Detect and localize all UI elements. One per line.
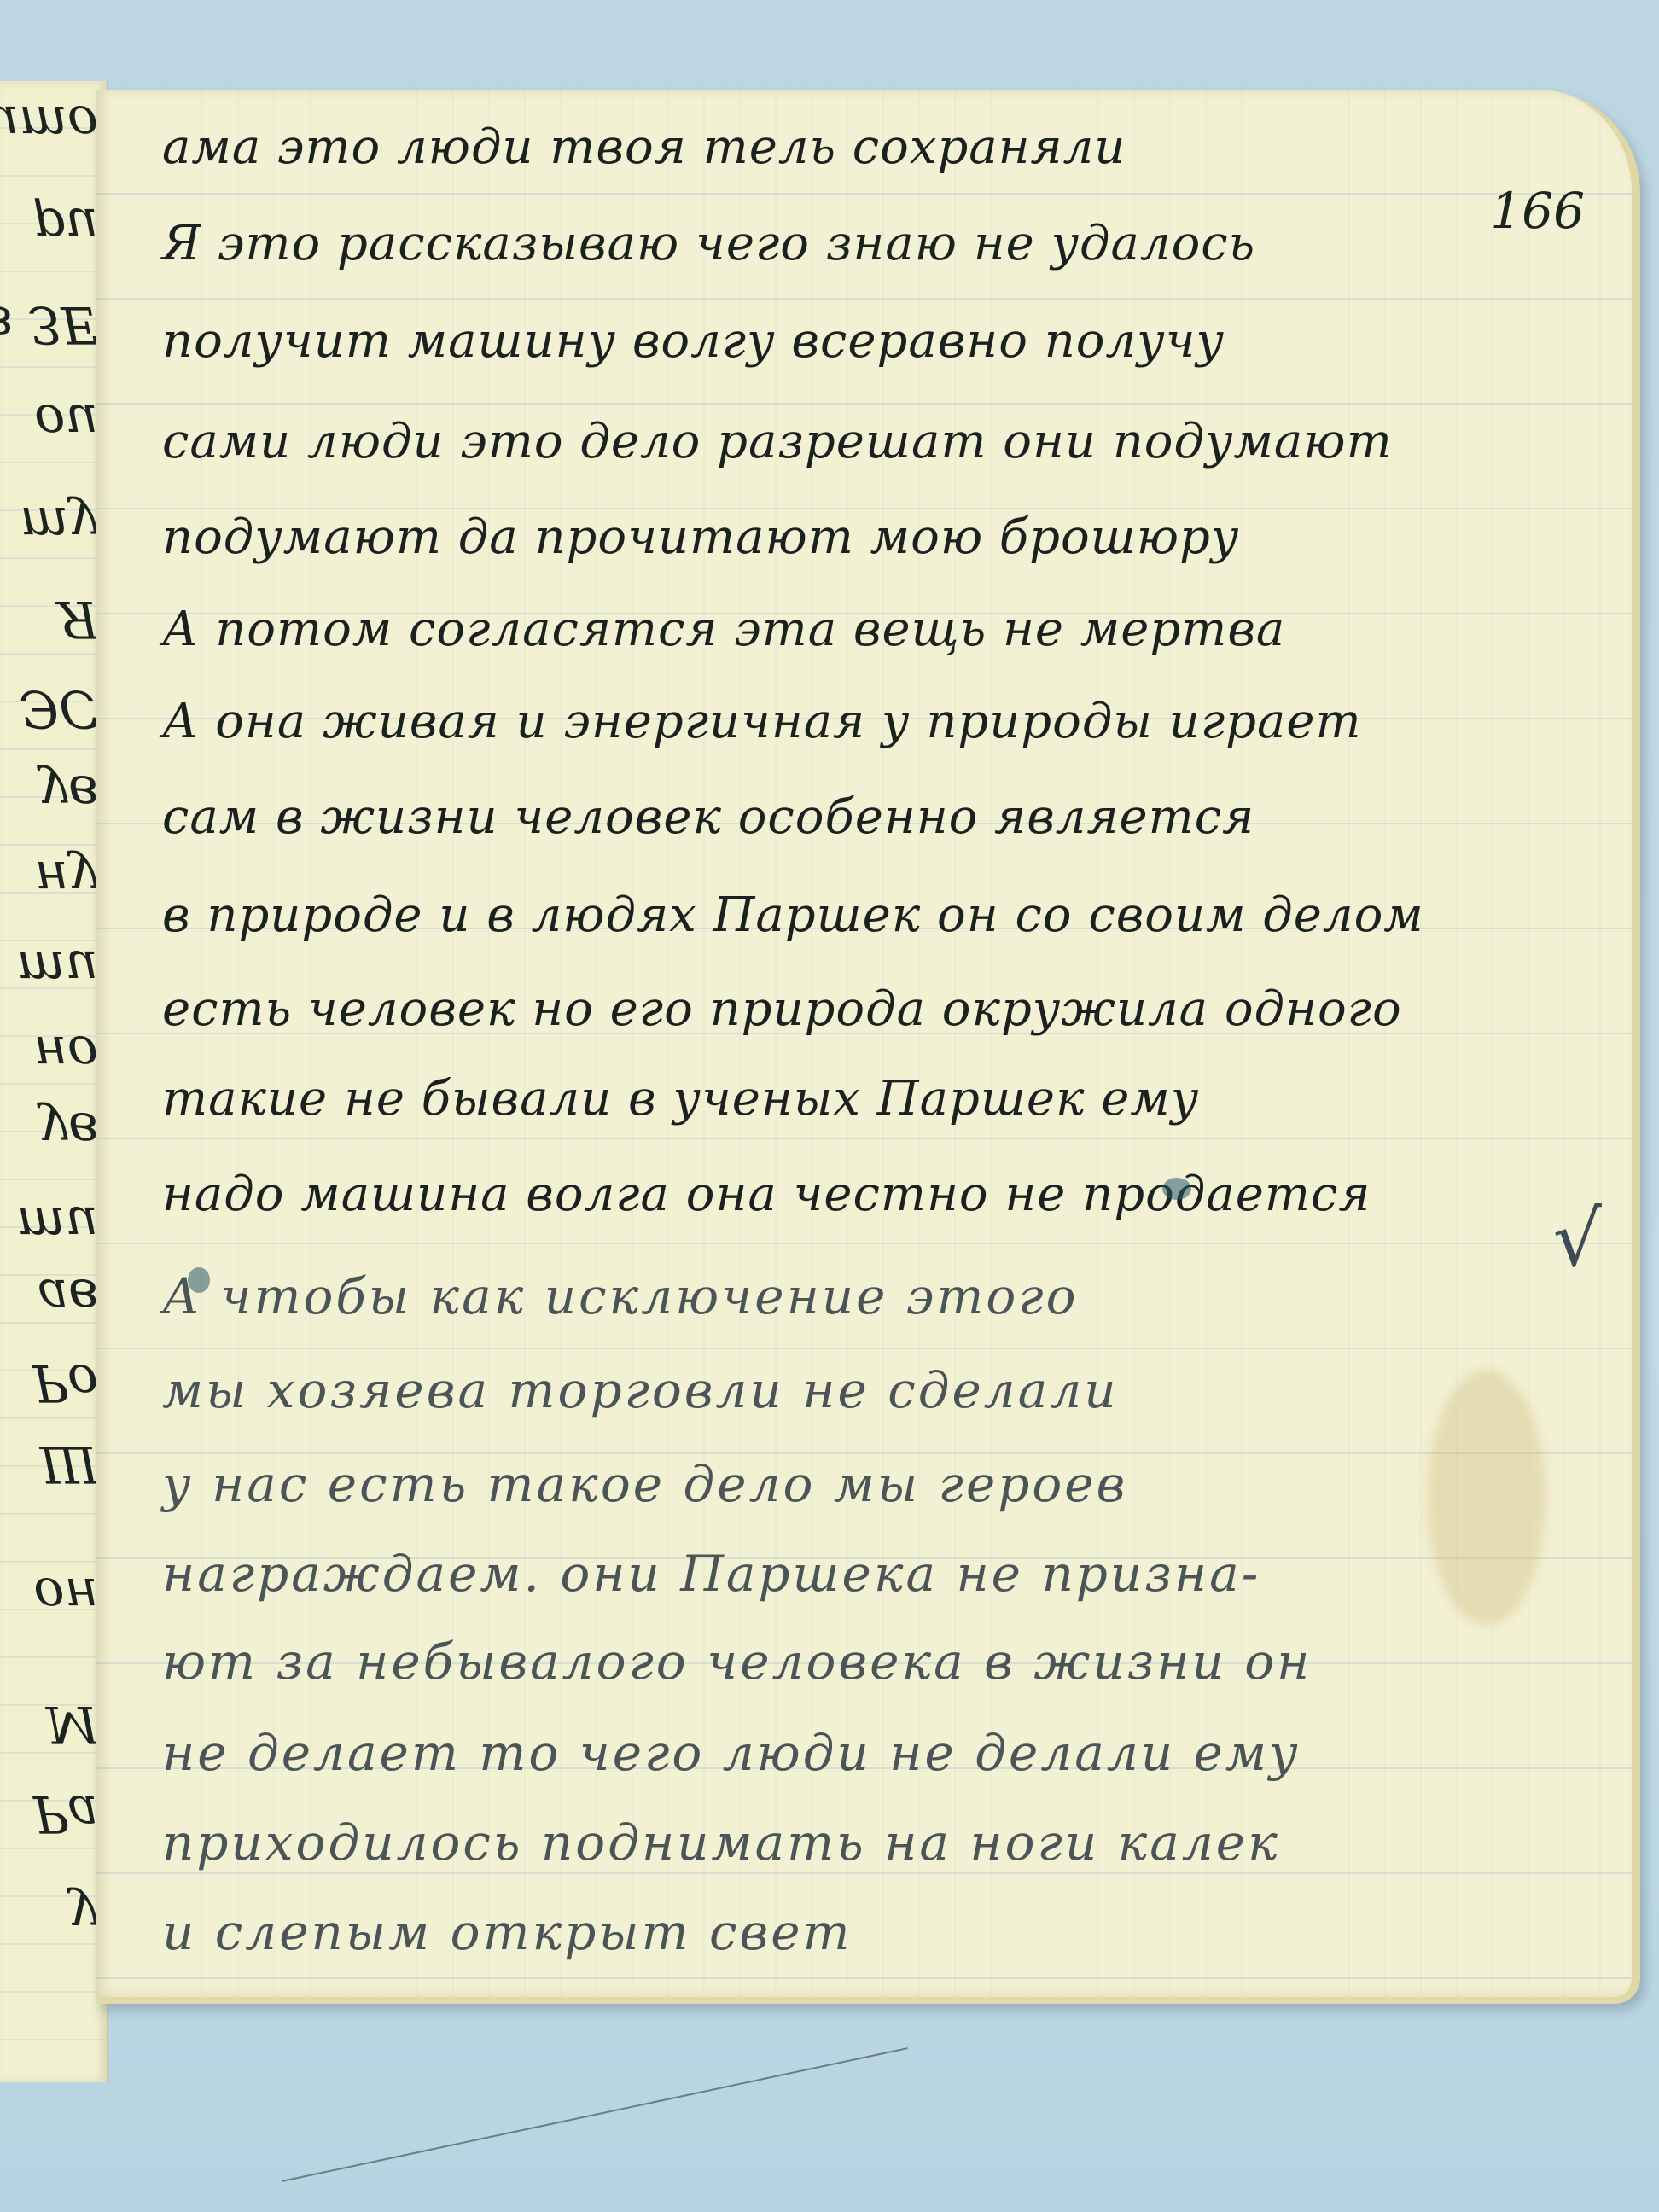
left-fragment: ав (38, 1272, 98, 1323)
left-fragment: ув (38, 768, 98, 819)
left-fragment: ти (16, 943, 98, 994)
left-fragment: в ЗЕ (0, 299, 98, 350)
handwritten-line: в природе и в людях Паршек он со своим д… (162, 888, 1424, 943)
handwritten-line: ама это люди твоя тель сохраняли (162, 119, 1126, 175)
left-fragment: Ш (40, 1438, 98, 1489)
left-fragment: М (46, 1698, 98, 1749)
left-fragment: ув (38, 1105, 98, 1156)
handwritten-line: награждаем. они Паршека не призна- (162, 1545, 1260, 1603)
handwritten-line: мы хозяева торговли не сделали (162, 1361, 1119, 1419)
handwritten-line: А она живая и энергичная у природы играе… (162, 694, 1362, 749)
left-fragment: ту (20, 499, 98, 550)
handwritten-line: Я это рассказываю чего знаю не удалось (162, 216, 1255, 271)
left-page-edge: ито ри в ЗЕ ои ту Я ЭС ув ну ти но ув ти… (0, 81, 108, 2082)
handwritten-line: такие не бывали в ученых Паршек ему (162, 1071, 1199, 1126)
ink-blot (1162, 1178, 1191, 1200)
left-fragment: ти (16, 1199, 98, 1250)
left-fragment: ну (35, 853, 98, 905)
page-number: 166 (1490, 182, 1585, 240)
handwritten-line: приходилось поднимать на ноги калек (162, 1813, 1280, 1871)
handwritten-line: подумают да прочитают мою брошюру (162, 509, 1239, 565)
paper-stain (1427, 1370, 1546, 1626)
left-fragment: у (68, 1890, 98, 1941)
left-fragment: ЭС (20, 683, 98, 734)
handwritten-line: сами люди это дело разрешат они подумают (162, 414, 1393, 469)
left-fragment: ои (34, 397, 98, 448)
handwritten-line: сам в жизни человек особенно является (162, 789, 1254, 845)
background-line (282, 2047, 908, 2182)
left-fragment: Ра (33, 1788, 98, 1839)
handwritten-line: и слепым открыт свет (162, 1903, 853, 1961)
handwritten-line: А потом согласятся эта вещь не мертва (162, 602, 1285, 657)
handwritten-line: не делает то чего люди не делали ему (162, 1724, 1301, 1782)
handwritten-line: у нас есть такое дело мы героев (162, 1455, 1127, 1513)
left-fragment: но (33, 1028, 98, 1080)
left-fragment: он (33, 1570, 98, 1621)
left-fragment: Ро (33, 1357, 99, 1408)
handwritten-line: получит машину волгу всеравно получу (162, 313, 1225, 369)
handwritten-line: есть человек но его природа окружила одн… (162, 981, 1402, 1037)
handwritten-line: надо машина волга она честно не продаетс… (162, 1167, 1371, 1222)
left-fragment: Я (57, 593, 98, 644)
left-fragment: ито (0, 98, 98, 149)
notebook-page: 166 ама это люди твоя тель сохраняли Я э… (96, 90, 1640, 2004)
left-fragment: ри (32, 201, 98, 252)
ink-blot (188, 1267, 210, 1293)
handwritten-line: А чтобы как исключение этого (162, 1267, 1079, 1325)
handwritten-line: ют за небывалого человека в жизни он (162, 1633, 1312, 1691)
check-mark: √ (1553, 1195, 1602, 1284)
